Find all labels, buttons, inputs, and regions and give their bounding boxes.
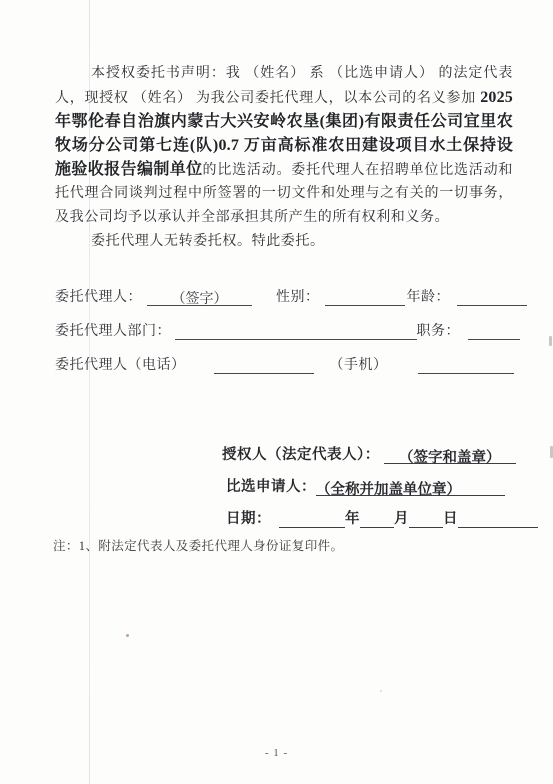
dust-speck [126, 634, 129, 637]
day-field [409, 510, 443, 528]
gender-label: 性别： [276, 286, 320, 306]
phone-label: 委托代理人（电话） [55, 354, 186, 374]
paragraph-line: 施验收报告编制单位的比选活动。委托代理人在招聘单位比选活动和委 [55, 158, 513, 182]
paragraph-line: 人，现授权 （姓名） 为我公司委托代理人，以本公司的名义参加 2025 [55, 86, 513, 110]
applicant-field-extension [461, 478, 505, 496]
phone-row: 委托代理人（电话） （手机） [55, 354, 520, 374]
authorizer-signature-field: （签字和盖章） [384, 446, 516, 464]
emphasized-text: 年鄂伦春自治旗内蒙古大兴安岭农垦(集团)有限责任公司宜里农 [55, 113, 513, 130]
dust-speck [380, 690, 382, 692]
paragraph-line: 委托代理人无转委托权。特此委托。 [55, 230, 513, 254]
date-label: 日期： [226, 507, 271, 528]
paragraph-line: 托代理合同谈判过程中所签署的一切文件和处理与之有关的一切事务，我 [55, 182, 513, 206]
mobile-label: （手机） [330, 354, 388, 374]
year-label: 年 [345, 507, 360, 528]
applicant-label: 比选申请人： [226, 475, 316, 496]
agent-info-form: 委托代理人： （签字） 性别： 年龄： 委托代理人部门： 职务： 委托代理人（电… [55, 286, 520, 388]
authorization-statement: 本授权委托书声明：我 （姓名） 系 （比选申请人） 的法定代表人，现授权 （姓名… [55, 62, 513, 254]
emphasized-text: 2025 [480, 89, 513, 106]
body-text: 及我公司均予以承认并全部承担其所产生的所有权利和义务。 [55, 210, 449, 225]
department-field [175, 322, 417, 340]
age-field [457, 288, 527, 306]
footnote: 注：1、附法定代表人及委托代理人身份证复印件。 [53, 536, 343, 554]
day-label: 日 [443, 507, 458, 528]
agent-signature-placeholder: （签字） [172, 292, 228, 307]
month-field [360, 510, 394, 528]
agent-row: 委托代理人： （签字） 性别： 年龄： [55, 286, 520, 306]
phone-field [214, 356, 314, 374]
authorizer-placeholder: （签字和盖章） [399, 450, 501, 466]
title-field [468, 322, 520, 340]
body-text: 本授权委托书声明：我 （姓名） 系 （比选申请人） 的法定代表 [91, 66, 513, 81]
scan-edge-smudge [549, 336, 552, 346]
signature-block: 授权人（法定代表人）： （签字和盖章） 比选申请人： （全称并加盖单位章） 日期… [222, 444, 538, 540]
department-label: 委托代理人部门： [55, 320, 171, 340]
department-row: 委托代理人部门： 职务： [55, 320, 520, 340]
paragraph-line: 牧场分公司第七连(队)0.7 万亩高标准农田建设项目水土保持设 [55, 134, 513, 158]
emphasized-text: 牧场分公司第七连(队)0.7 万亩高标准农田建设项目水土保持设 [55, 137, 513, 154]
date-field-extension [458, 510, 538, 528]
date-row: 日期： 年 月 日 [226, 508, 538, 528]
mobile-field [418, 356, 514, 374]
gender-field [325, 288, 405, 306]
page-number: - 1 - [0, 747, 553, 759]
applicant-row: 比选申请人： （全称并加盖单位章） [226, 476, 538, 496]
body-text: 人，现授权 （姓名） 为我公司委托代理人，以本公司的名义参加 [55, 91, 480, 106]
body-text: 托代理合同谈判过程中所签署的一切文件和处理与之有关的一切事务，我 [55, 186, 513, 206]
title-label: 职务： [417, 320, 461, 340]
document-page: 本授权委托书声明：我 （姓名） 系 （比选申请人） 的法定代表人，现授权 （姓名… [0, 0, 553, 784]
agent-signature-field: （签字） [147, 288, 252, 306]
agent-label: 委托代理人： [55, 286, 142, 306]
body-text: 委托代理人无转委托权。特此委托。 [91, 234, 325, 249]
authorizer-label: 授权人（法定代表人）： [222, 443, 380, 464]
authorizer-row: 授权人（法定代表人）： （签字和盖章） [222, 444, 538, 464]
emphasized-text: 施验收报告编制单位 [55, 161, 203, 178]
applicant-placeholder: （全称并加盖单位章） [316, 478, 461, 496]
paragraph-line: 本授权委托书声明：我 （姓名） 系 （比选申请人） 的法定代表 [55, 62, 513, 86]
paragraph-line: 年鄂伦春自治旗内蒙古大兴安岭农垦(集团)有限责任公司宜里农 [55, 110, 513, 134]
month-label: 月 [394, 507, 409, 528]
age-label: 年龄： [407, 286, 451, 306]
paragraph-line: 及我公司均予以承认并全部承担其所产生的所有权利和义务。 [55, 206, 513, 230]
year-field [279, 510, 345, 528]
